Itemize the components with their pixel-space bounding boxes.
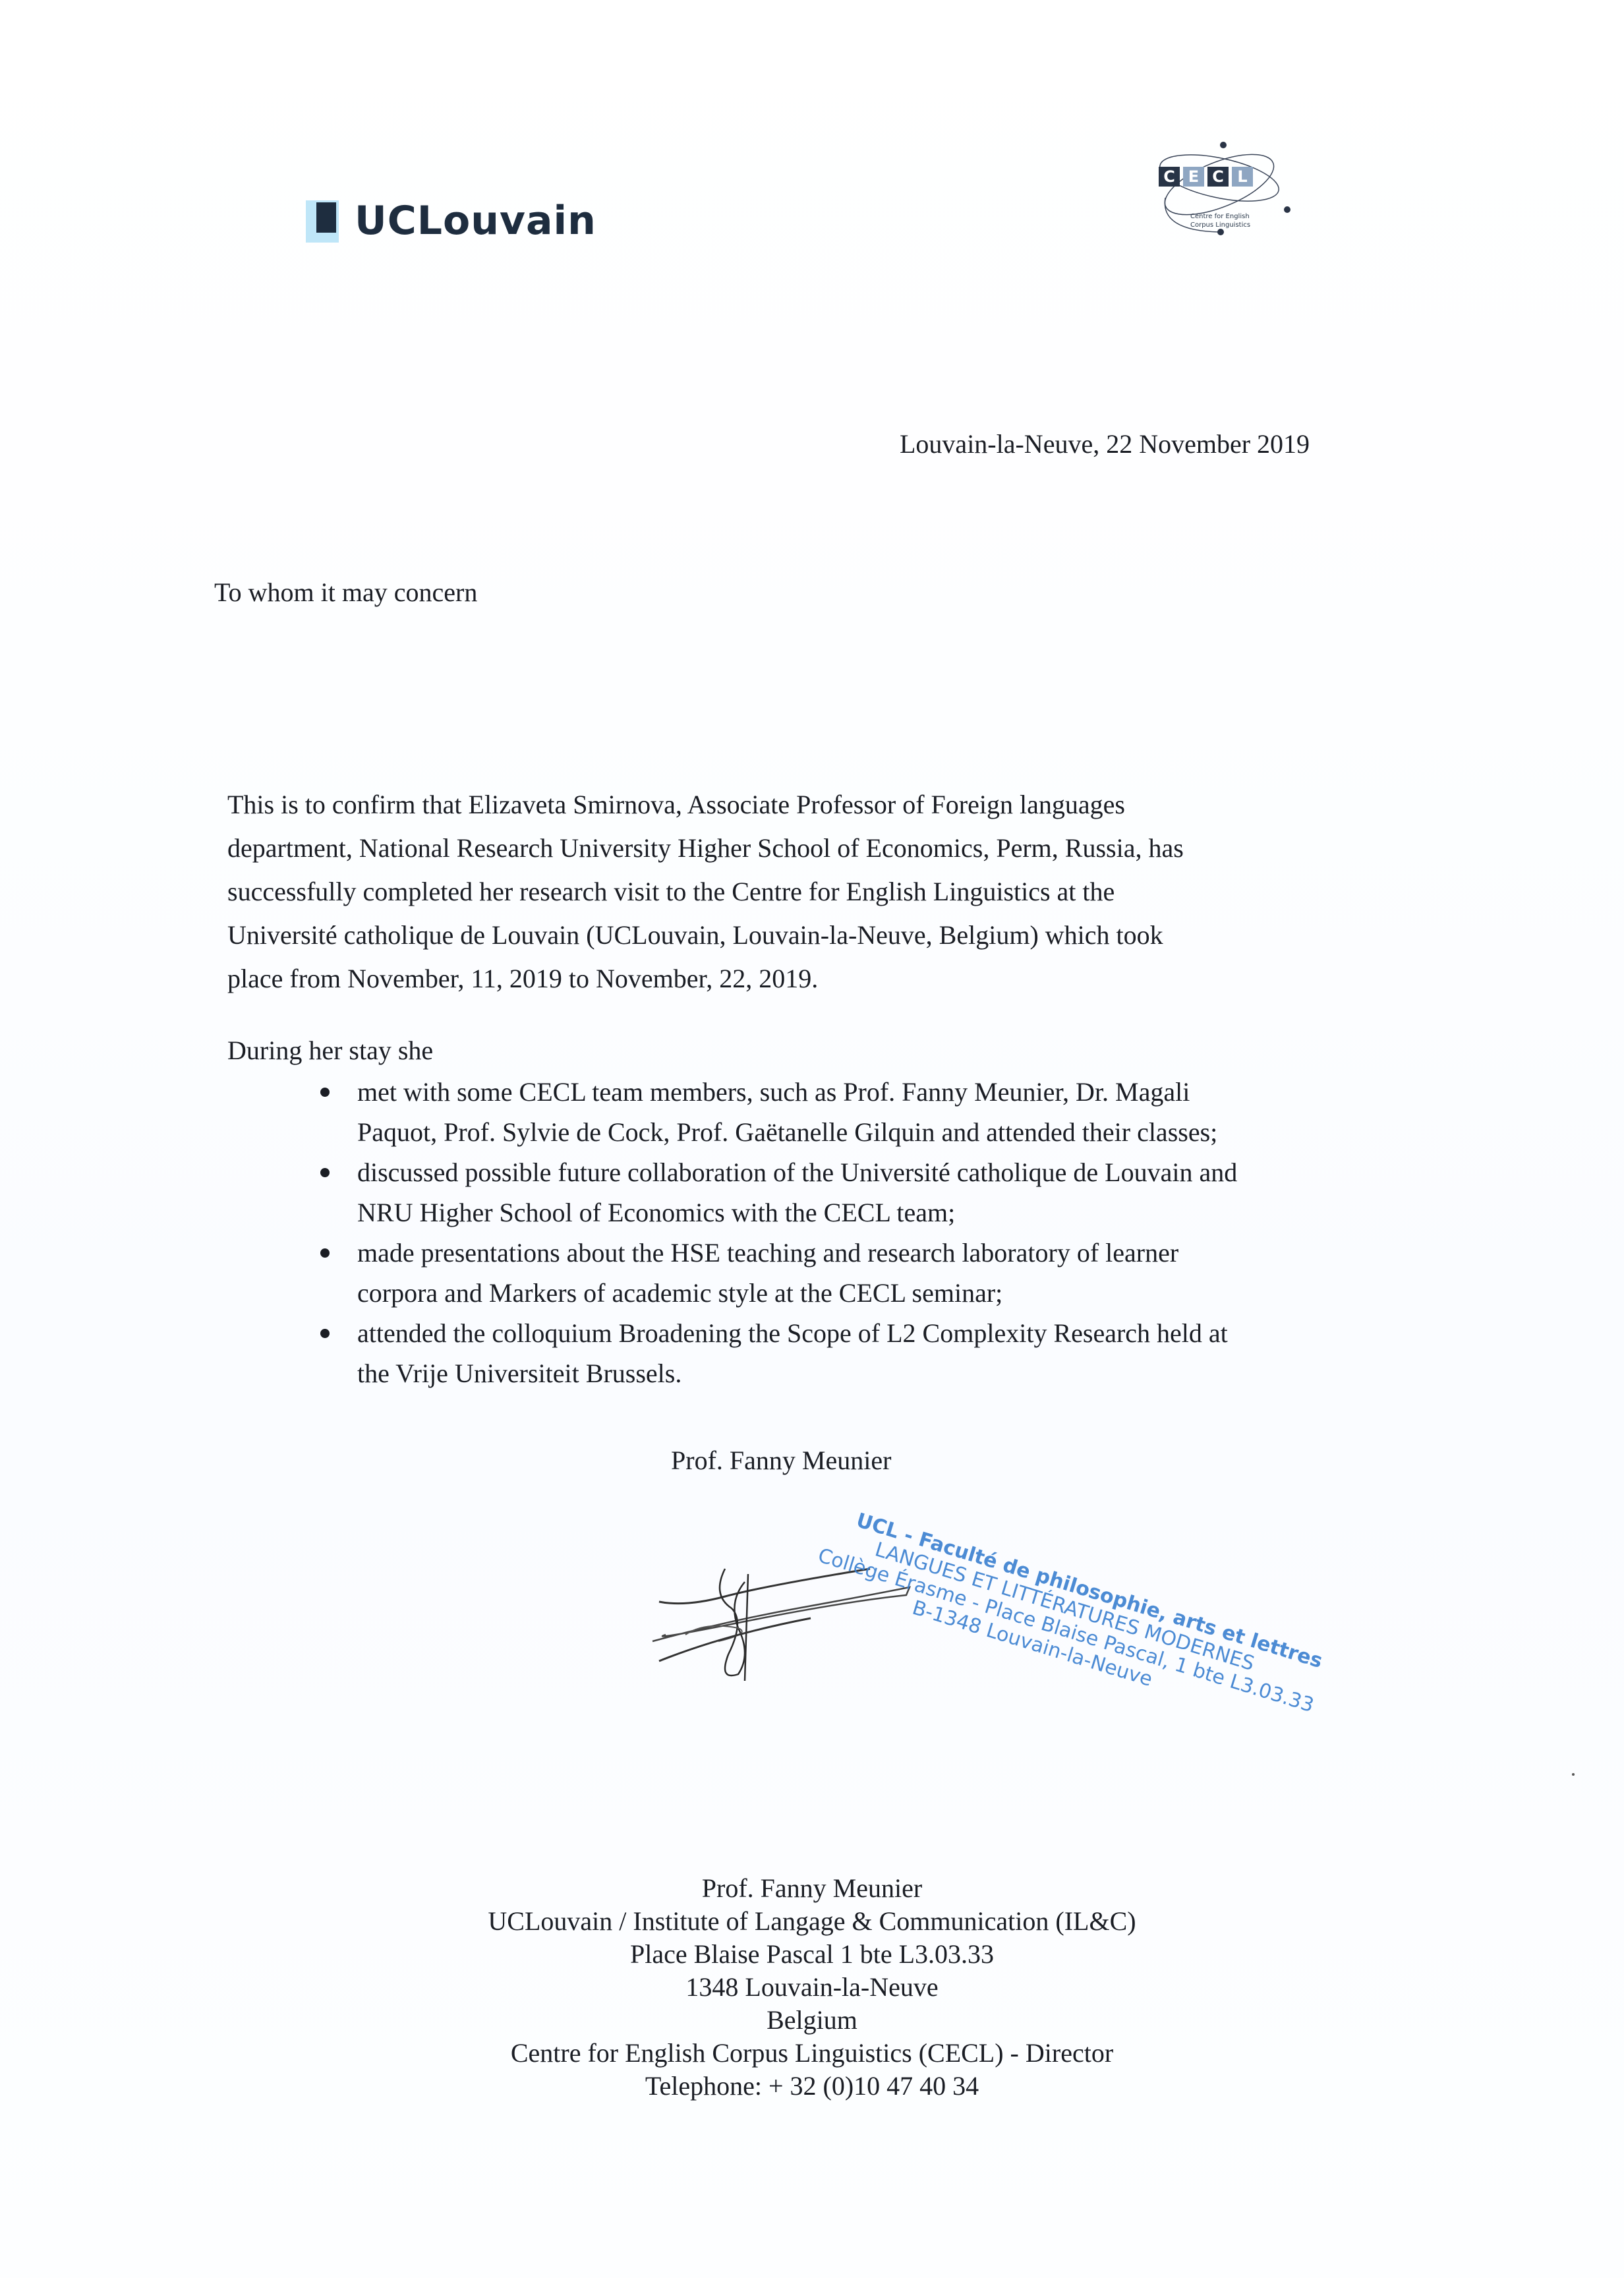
bullet-icon (320, 1088, 330, 1097)
cecl-letter-e: E (1183, 167, 1204, 187)
bullet-icon (320, 1329, 330, 1338)
signatory-name: Prof. Fanny Meunier (671, 1445, 891, 1476)
list-item: discussed possible future collaboration … (316, 1152, 1404, 1233)
footer-city: 1348 Louvain-la-Neuve (0, 1971, 1624, 2004)
cecl-letter-l: L (1232, 167, 1253, 187)
confirmation-paragraph: This is to confirm that Elizaveta Smirno… (227, 783, 1361, 1001)
scan-speck (1572, 1773, 1575, 1776)
list-item: attended the colloquium Broadening the S… (316, 1313, 1404, 1393)
footer-institute: UCLouvain / Institute of Langage & Commu… (0, 1905, 1624, 1938)
footer-country: Belgium (0, 2004, 1624, 2037)
list-item: met with some CECL team members, such as… (316, 1072, 1404, 1152)
signature-block: Prof. Fanny Meunier UCLouvain / Institut… (0, 1872, 1624, 2103)
letter-date: Louvain-la-Neuve, 22 November 2019 (900, 428, 1310, 459)
cecl-letter-c1: C (1159, 167, 1180, 187)
cecl-letter-c2: C (1207, 167, 1229, 187)
cecl-caption: Centre for English Corpus Linguistics (1190, 212, 1250, 229)
footer-name: Prof. Fanny Meunier (0, 1872, 1624, 1905)
bullet-icon (320, 1168, 330, 1177)
uclouvain-logo: UCLouvain (310, 198, 596, 244)
salutation: To whom it may concern (214, 577, 477, 608)
activities-list: met with some CECL team members, such as… (316, 1072, 1404, 1393)
footer-street: Place Blaise Pascal 1 bte L3.03.33 (0, 1938, 1624, 1971)
stay-intro: During her stay she (227, 1035, 433, 1066)
uclouvain-square-icon (310, 200, 340, 241)
bullet-icon (320, 1248, 330, 1258)
footer-role: Centre for English Corpus Linguistics (C… (0, 2037, 1624, 2070)
cecl-logo: C E C L Centre for English Corpus Lingui… (1147, 125, 1305, 237)
letter-page: UCLouvain C E C L Centre for English Cor… (0, 0, 1624, 2278)
uclouvain-wordmark: UCLouvain (355, 198, 596, 244)
footer-telephone: Telephone: + 32 (0)10 47 40 34 (0, 2070, 1624, 2103)
list-item: made presentations about the HSE teachin… (316, 1233, 1404, 1313)
